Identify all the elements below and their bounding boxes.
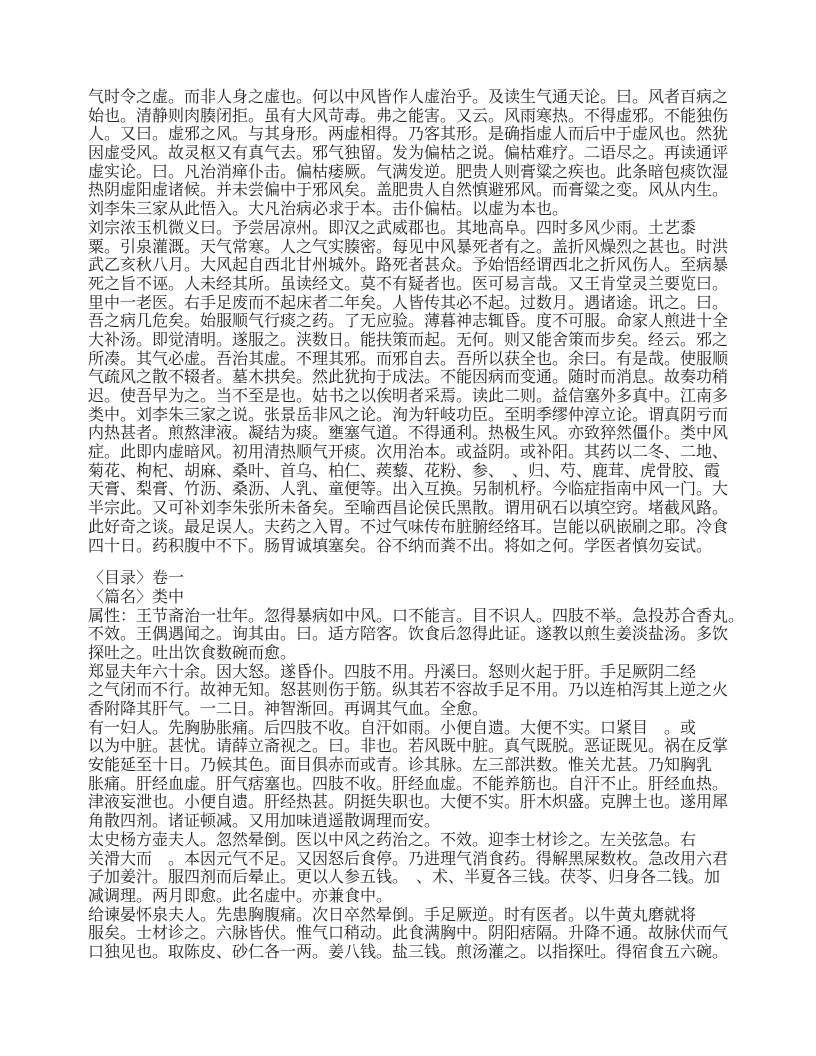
text-line: 角散四剂。诸证顿减。又用加味逍遥散调理而安。 [88,813,748,832]
opening-paragraphs-block: 气时令之虚。而非人身之虚也。何以中风皆作人虚治乎。及读生气通天论。曰。风者百病之… [88,89,748,556]
text-line: 粟。引泉灌溉。天气常寒。人之气实腠密。每见中风暴死者有之。盖折风燥烈之甚也。时洪 [88,239,748,258]
text-line: 半宗此。又可补刘李朱张所未备矣。至喻西昌论侯氏黑散。谓用矾石以填空窍。堵截风路。 [88,500,748,519]
text-line: 探吐之。吐出饮食数碗而愈。 [88,645,748,664]
text-line: 属性：王节斋治一壮年。忽得暴病如中风。口不能言。目不识人。四肢不举。急投苏合香丸… [88,608,748,627]
text-line: 大补汤。即觉清明。遂服之。浃数日。能扶策而起。无何。则又能舍策而步矣。经云。邪之 [88,332,748,351]
text-line: 有一妇人。先胸胁胀痛。后四肢不收。自汗如雨。小便自遗。大便不实。口紧目 。或 [88,720,748,739]
text-line: 子加姜汁。服四剂而后晕止。更以人参五钱。 、术、半夏各三钱。茯苓、归身各二钱。加 [88,869,748,888]
text-line: 类中。刘李朱三家之说。张景岳非风之论。洵为轩岐功臣。至明季缪仲淳立论。谓真阴亏而 [88,407,748,426]
text-line: 气时令之虚。而非人身之虚也。何以中风皆作人虚治乎。及读生气通天论。曰。风者百病之 [88,89,748,108]
text-line: 服矣。士材诊之。六脉皆伏。惟气口稍动。此食满胸中。阴阳痞隔。升降不通。故脉伏而气 [88,925,748,944]
text-line: 热阴虚阳虚诸候。并未尝偏中于邪风矣。盖肥贵人自然慎避邪风。而膏粱之变。风从内生。 [88,182,748,201]
text-line: 吾之病几危矣。始服顺气行痰之药。了无应验。薄暮神志辄昏。度不可服。命家人煎进十全 [88,313,748,332]
text-line: 之气闭而不行。故神无知。怒甚则伤于筋。纵其若不容故手足不用。乃以连柏泻其上逆之火 [88,682,748,701]
text-line: 迟。使吾早为之。当不至是也。姑书之以俟明者采焉。读此二则。益信塞外多真中。江南多 [88,388,748,407]
block-separator [88,556,748,570]
text-line: 四十日。药积腹中不下。肠胃诚填塞矣。谷不纳而粪不出。将如之何。学医者慎勿妄试。 [88,538,748,557]
text-line: 内热甚者。煎熬津液。凝结为痰。壅塞气道。不得通利。热极生风。亦致猝然僵仆。类中风 [88,425,748,444]
text-line: 安能延至十日。乃候其色。面目俱赤而或青。诊其脉。左三部洪数。惟关尤甚。乃知胸乳 [88,757,748,776]
text-line: 人。又曰。虚邪之风。与其身形。两虚相得。乃客其形。是确指虚人而后中于虚风也。然犹 [88,126,748,145]
catalog-heading: 〈目录〉卷一 [88,570,748,589]
text-line: 天膏、梨膏、竹沥、桑沥、人乳、童便等。出入互换。另制机杼。今临症指南中风一门。大 [88,481,748,500]
text-line: 武乙亥秋八月。大风起自西北甘州城外。路死者甚众。予始悟经谓西北之折风伤人。至病暴 [88,257,748,276]
section-body: 属性：王节斋治一壮年。忽得暴病如中风。口不能言。目不识人。四肢不举。急投苏合香丸… [88,608,748,963]
text-line: 胀痛。肝经血虚。肝气痞塞也。四肢不收。肝经血虚。不能养筋也。自汗不止。肝经血热。 [88,776,748,795]
text-line: 虚实论。曰。凡治消瘅仆击。偏枯痿厥。气满发逆。肥贵人则膏粱之疾也。此条暗包痰饮湿 [88,164,748,183]
text-line: 口独见也。取陈皮、砂仁各一两。姜八钱。盐三钱。煎汤灌之。以指探吐。得宿食五六碗。 [88,944,748,963]
text-line: 气疏风之散不辍者。墓木拱矣。然此犹拘于成法。不能因病而变通。随时而消息。故奏功稍 [88,369,748,388]
text-line: 刘宗浓玉机微义曰。予尝居凉州。即汉之武威郡也。其地高阜。四时多风少雨。土艺黍 [88,220,748,239]
text-line: 减调理。两月即愈。此名虚中。亦兼食中。 [88,888,748,907]
text-line: 郑显夫年六十余。因大怒。遂昏仆。四肢不用。丹溪曰。怒则火起于肝。手足厥阴二经 [88,664,748,683]
text-line: 死之旨不诬。人未经其所。虽读经文。莫不有疑者也。医可易言哉。又王肯堂灵兰要览曰。 [88,276,748,295]
juan1-leizhong-section: 〈目录〉卷一 〈篇名〉类中 属性：王节斋治一壮年。忽得暴病如中风。口不能言。目不… [88,570,748,962]
text-line: 津液妄泄也。小便自遗。肝经热甚。阴挺失职也。大便不实。肝木炽盛。克脾土也。遂用犀 [88,794,748,813]
text-line: 始也。清静则肉腠闭拒。虽有大风苛毒。弗之能害。又云。风雨寒热。不得虚邪。不能独伤 [88,108,748,127]
text-line: 因虚受风。故灵枢又有真气去。邪气独留。发为偏枯之说。偏枯难疗。二语尽之。再读通评 [88,145,748,164]
text-line: 关滑大而 。本因元气不足。又因怒后食停。乃进理气消食药。得解黑屎数枚。急改用六君 [88,851,748,870]
text-line: 不效。王偶遇闻之。询其由。曰。适方陪客。饮食后忽得此证。遂教以煎生姜淡盐汤。多饮 [88,626,748,645]
text-line: 给谏晏怀泉夫人。先患胸腹痛。次日卒然晕倒。手足厥逆。时有医者。以牛黄丸磨就将 [88,907,748,926]
text-line: 以为中脏。甚忧。请薛立斋视之。曰。非也。若风既中脏。真气既脱。恶证既见。祸在反掌 [88,738,748,757]
text-line: 所凑。其气必虚。吾治其虚。不理其邪。而邪自去。吾所以获全也。余曰。有是哉。使服顺 [88,351,748,370]
text-line: 此好奇之谈。最足误人。夫药之入胃。不过气味传布脏腑经络耳。岂能以矾嵌刷之耶。冷食 [88,519,748,538]
text-line: 香附降其肝气。一二日。神智渐回。再调其气血。全愈。 [88,701,748,720]
chapter-heading: 〈篇名〉类中 [88,589,748,608]
text-line: 刘李朱三家从此悟入。大凡治病必求于本。击仆偏枯。以虚为本也。 [88,201,748,220]
document-page: 气时令之虚。而非人身之虚也。何以中风皆作人虚治乎。及读生气通天论。曰。风者百病之… [88,89,748,963]
text-line: 里中一老医。右手足废而不起床者二年矣。人皆传其必不起。过数月。遇诸途。讯之。曰。 [88,295,748,314]
text-line: 症。此即内虚暗风。初用清热顺气开痰。次用治本。或益阴。或补阳。其药以二冬、二地、 [88,444,748,463]
text-line: 菊花、枸杞、胡麻、桑叶、首乌、柏仁、蒺藜、花粉、参、 、归、芍、鹿茸、虎骨胶、霞 [88,463,748,482]
text-line: 太史杨方壶夫人。忽然晕倒。医以中风之药治之。不效。迎李士材诊之。左关弦急。右 [88,832,748,851]
